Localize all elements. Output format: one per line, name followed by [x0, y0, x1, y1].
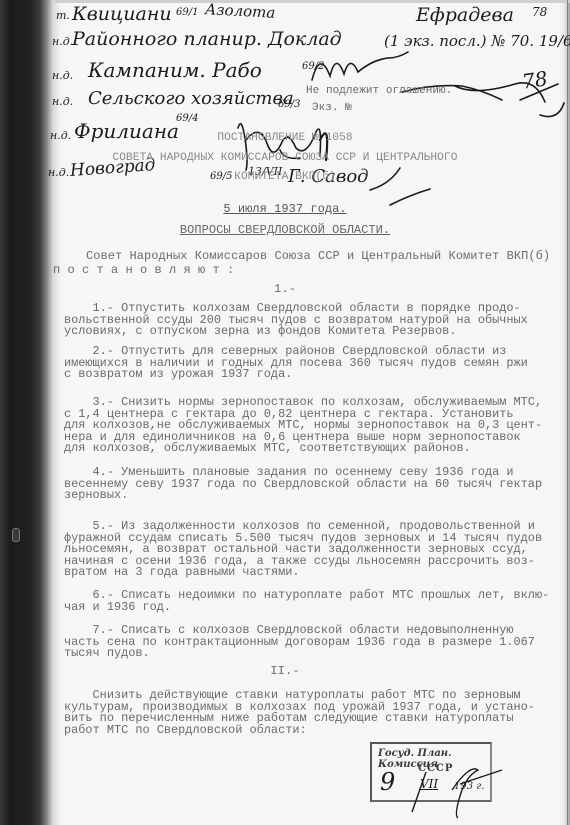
decree-paragraph: 7.- Списать с колхозов Свердловской обла…	[64, 625, 554, 660]
paragraph-line: условиях, с отпуском зерна из фондов Ком…	[64, 326, 554, 338]
paragraph-line: работ МТС по Свердловской области:	[64, 725, 554, 737]
paragraph-line: весеннему севу 1937 года по Свердловской…	[64, 479, 554, 491]
binding-hole	[12, 528, 20, 542]
stamp-signature	[390, 750, 510, 820]
paragraph-line: чая и 1936 год.	[64, 602, 554, 614]
paragraph-line: зерновых.	[64, 490, 554, 502]
secrecy-notice: Не подлежит оглашению.	[306, 86, 452, 97]
decree-date: 5 июля 1937 года.	[0, 203, 570, 215]
decree-paragraph: 5.- Из задолженности колхозов по семенно…	[64, 521, 554, 579]
paragraph-line: тысяч пудов.	[64, 648, 554, 660]
issuer-line-2: КОМИТЕТА ВКП(б)	[0, 172, 570, 183]
section-numeral: II.-	[0, 665, 570, 677]
decree-subject: ВОПРОСЫ СВЕРДЛОВСКОЙ ОБЛАСТИ.	[0, 224, 570, 236]
decree-paragraph: 3.- Снизить нормы зернопоставок по колхо…	[64, 397, 554, 455]
decree-paragraph: Снизить действующие ставки натуроплаты р…	[64, 690, 554, 736]
section-numeral: 1.-	[0, 283, 570, 295]
preamble-issuers: Совет Народных Комиссаров Союза ССР и Це…	[86, 250, 550, 262]
handwritten-signatures	[0, 0, 570, 220]
decree-paragraph: 2.- Отпустить для северных районов Сверд…	[64, 346, 554, 381]
paragraph-line: с возвратом из урожая 1937 года.	[64, 369, 554, 381]
decree-paragraph: 1.- Отпустить колхозам Свердловской обла…	[64, 303, 554, 338]
preamble-resolves: п о с т а н о в л я ю т :	[53, 264, 234, 276]
issuer-line-1: СОВЕТА НАРОДНЫХ КОМИССАРОВ СОЮЗА ССР И Ц…	[0, 153, 570, 164]
paragraph-line: для колхозов, обслуживаемых МТС, соответ…	[64, 443, 554, 455]
copy-number-label: Экз. №	[312, 103, 352, 114]
paragraph-line: вратом на 3 года равными частями.	[64, 567, 554, 579]
decree-paragraph: 6.- Списать недоимки по натуроплате рабо…	[64, 590, 554, 613]
document-page: т. Квициани 69/1 Азолота н.д. Районного …	[0, 0, 570, 825]
decree-paragraph: 4.- Уменьшить плановые задания по осенне…	[64, 467, 554, 502]
decree-title: ПОСТАНОВЛЕНИЕ № 1058	[0, 133, 570, 144]
